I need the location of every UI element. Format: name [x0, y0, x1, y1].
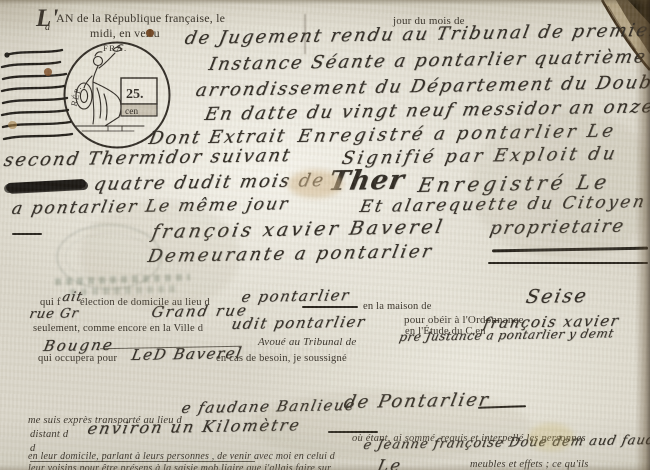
- stamp-unit: cen: [125, 107, 138, 117]
- ink-rule: [488, 262, 648, 264]
- distant-label: distant d: [30, 429, 68, 440]
- hw-place-1: e pontarlier: [240, 286, 352, 306]
- document-scan: L' a AN de la République française, le m…: [0, 0, 650, 470]
- stain-spot: [8, 121, 17, 129]
- besoin-label: en cas de besoin, je soussigné: [216, 353, 347, 364]
- ville-line: seulement, comme encore en la Ville d: [33, 323, 203, 334]
- stain: [250, 390, 530, 460]
- stain: [470, 110, 650, 260]
- hw-udit: udit pontarlier: [230, 313, 367, 333]
- ink-spot: [146, 29, 154, 37]
- cancellation-strokes: [0, 46, 76, 152]
- hw-maison: Seise: [524, 285, 590, 308]
- struck-out-word: [6, 179, 86, 192]
- stain: [288, 170, 343, 198]
- ink-underline: [30, 461, 255, 462]
- hw-rue-left: rue Gr: [28, 306, 80, 322]
- stamp-value: 25.: [126, 87, 144, 102]
- occupera-label: qui occupera pour: [38, 353, 117, 364]
- stain: [528, 423, 574, 451]
- ink-spot: [44, 68, 52, 76]
- maison-label: en la maison de: [363, 301, 432, 312]
- stain: [80, 200, 240, 310]
- avoue-label: Avoué au Tribunal de: [258, 336, 356, 348]
- ink-dash: [12, 233, 42, 235]
- hw-line-6a: second Thermidor suivant: [2, 145, 293, 171]
- paper-crease: [304, 14, 306, 54]
- hw-tribunal-cont: pre Justance a pontarlier y demt: [398, 326, 615, 344]
- stamp-pedestal: 25. cen: [121, 78, 157, 117]
- ink-dash: [302, 306, 358, 308]
- header-initial-sub: a: [45, 22, 50, 33]
- paper-right-edge: [635, 0, 650, 470]
- header-line-1: AN de la République française, le: [56, 11, 225, 26]
